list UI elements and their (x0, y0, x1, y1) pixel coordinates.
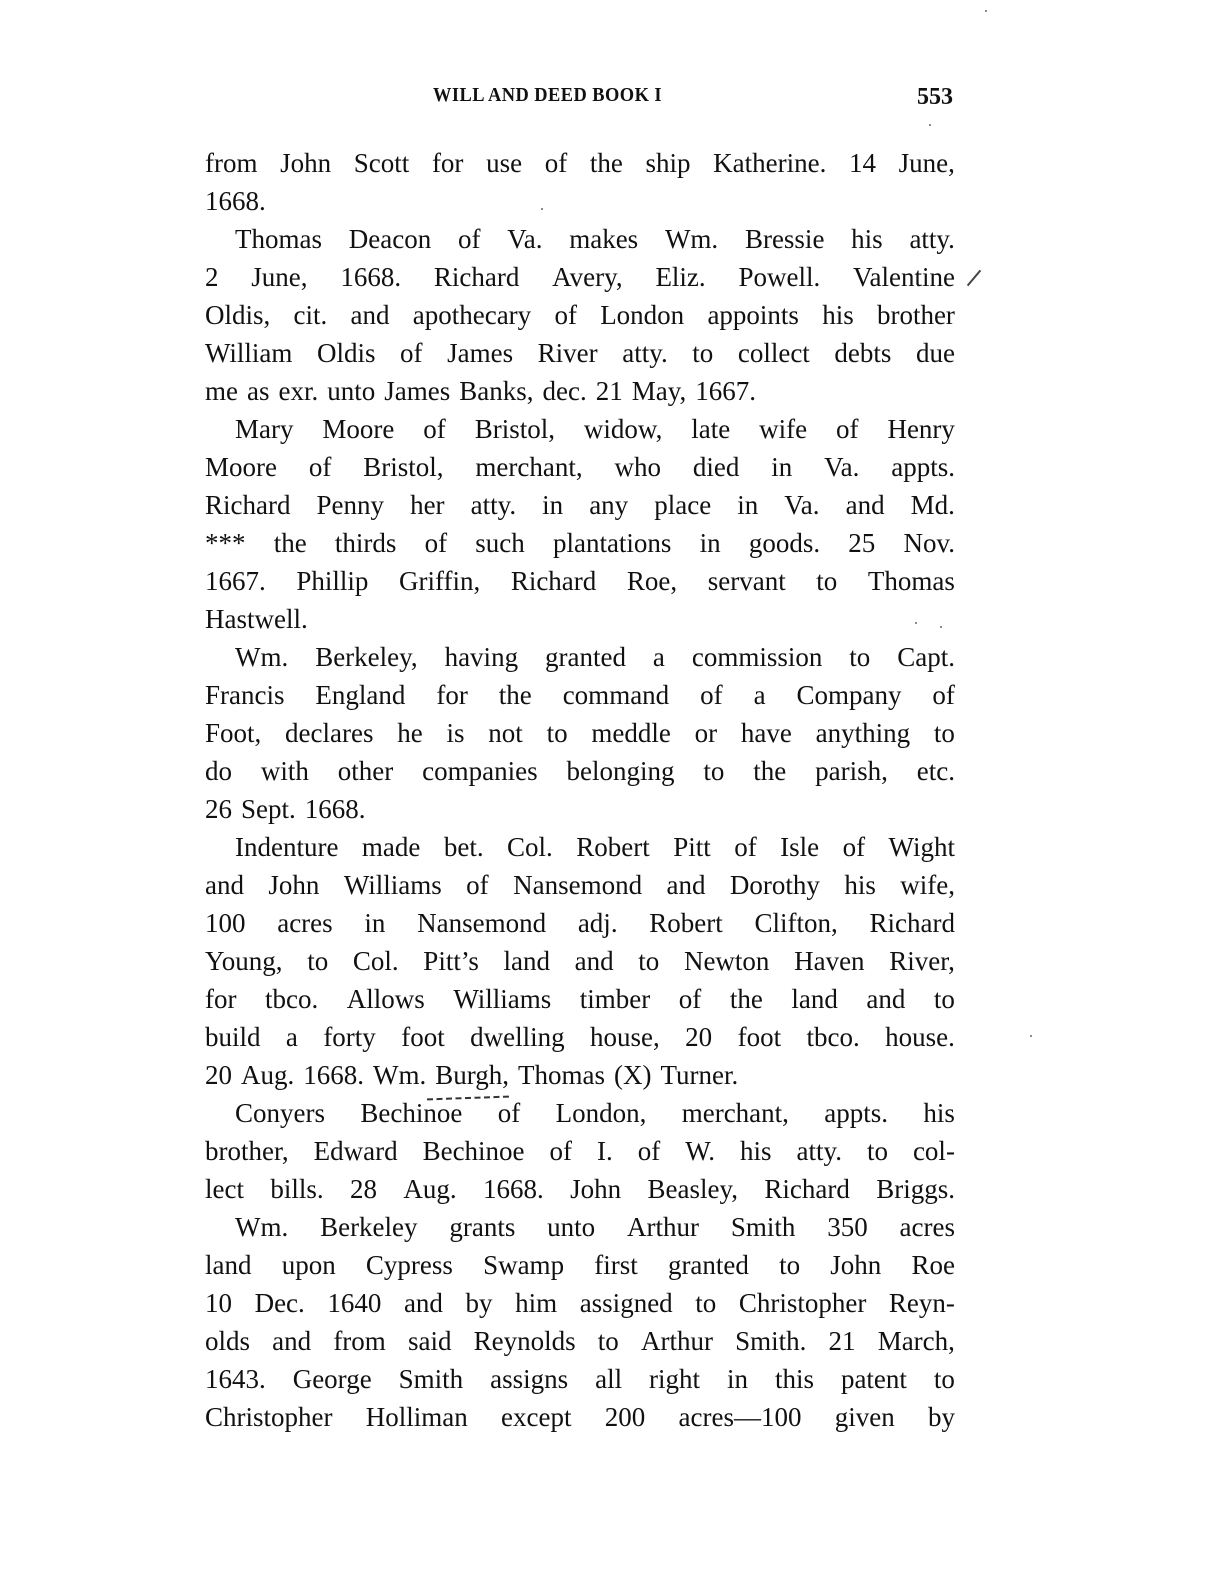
word: her (410, 486, 444, 524)
word: 100 (205, 904, 246, 942)
word: Va. (824, 448, 859, 486)
word: timber (580, 980, 650, 1018)
word: Pitt (673, 828, 711, 866)
word: I. (597, 1132, 613, 1170)
word: olds (205, 1322, 250, 1360)
word: 200 (605, 1398, 646, 1436)
word: and (351, 296, 390, 334)
word: do (205, 752, 232, 790)
word: of (554, 296, 577, 334)
word: Powell. (738, 258, 820, 296)
word: plantations (553, 524, 671, 562)
word: Bechinoe (360, 1094, 462, 1132)
word: Williams (344, 866, 442, 904)
text-line: 1667.PhillipGriffin,RichardRoe,servantto… (205, 562, 955, 600)
word: foot (401, 1018, 445, 1056)
word: Edward (314, 1132, 398, 1170)
word: place (654, 486, 711, 524)
word: assigned (580, 1284, 673, 1322)
word: Moore (205, 448, 277, 486)
word: Beasley, (648, 1170, 738, 1208)
word: of (843, 828, 866, 866)
word: is (447, 714, 465, 752)
word: Oldis (317, 334, 376, 372)
word: his (740, 1132, 772, 1170)
text-line: Wm.BerkeleygrantsuntoArthurSmith350acres (205, 1208, 955, 1246)
word: Wm. (235, 1208, 288, 1246)
word: anything (816, 714, 911, 752)
word: not (488, 714, 523, 752)
document-page: WILL AND DEED BOOK I 553 fromJohnScottfo… (0, 0, 1224, 1584)
text-line: andJohnWilliamsofNansemondandDorothyhisw… (205, 866, 955, 904)
word: for (436, 676, 467, 714)
word: of (400, 334, 423, 372)
word: Nansemond (513, 866, 642, 904)
word: adj. (578, 904, 618, 942)
scan-speck (985, 10, 987, 12)
word: brother (877, 296, 955, 334)
word: Berkeley, (315, 638, 417, 676)
word: wife (759, 410, 807, 448)
text-line: ConyersBechinoeofLondon,merchant,appts.h… (205, 1094, 955, 1132)
word: to (638, 942, 659, 980)
word: any (589, 486, 628, 524)
word: for (205, 980, 236, 1018)
word: atty. (471, 486, 516, 524)
word: of (545, 144, 568, 182)
word: W. (685, 1132, 715, 1170)
word: Va. (507, 220, 542, 258)
word: from (333, 1322, 385, 1360)
word: Phillip (296, 562, 368, 600)
word: Swamp (483, 1246, 564, 1284)
word: build (205, 1018, 261, 1056)
word: Pitt’s (423, 942, 479, 980)
word: (X) (614, 1056, 651, 1094)
word: Avery, (552, 258, 622, 296)
word: his (923, 1094, 955, 1132)
word: Wm. (235, 638, 288, 676)
text-line: FrancisEnglandforthecommandofaCompanyof (205, 676, 955, 714)
word: Banks, (459, 372, 533, 410)
word: John (268, 866, 319, 904)
word: Griffin, (399, 562, 480, 600)
word: Wm. (373, 1056, 426, 1094)
word: his (822, 296, 854, 334)
word: dec. (543, 372, 587, 410)
text-line: measexr.untoJamesBanks,dec.21May,1667. (205, 372, 955, 410)
word: due (916, 334, 955, 372)
word: dwelling (470, 1018, 565, 1056)
word: Robert (576, 828, 650, 866)
word: to (695, 1284, 716, 1322)
word: Wm. (665, 220, 718, 258)
word: who (614, 448, 661, 486)
pencil-mark (967, 270, 981, 287)
word: Richard (870, 904, 955, 942)
text-line: MaryMooreofBristol,widow,latewifeofHenry (205, 410, 955, 448)
word: as (247, 372, 270, 410)
word: of (932, 676, 955, 714)
word: me (205, 372, 238, 410)
word: and (205, 866, 244, 904)
word: 28 (350, 1170, 377, 1208)
text-line: Indenturemadebet.Col.RobertPittofIsleofW… (205, 828, 955, 866)
word: companies (422, 752, 537, 790)
word: etc. (917, 752, 955, 790)
text-line: 100acresinNansemondadj.RobertClifton,Ric… (205, 904, 955, 942)
word: Col. (507, 828, 553, 866)
word: atty. (796, 1132, 841, 1170)
word: the (730, 980, 763, 1018)
word: Wight (889, 828, 955, 866)
text-line: fortbco.AllowsWilliamstimberofthelandand… (205, 980, 955, 1018)
word: 1668. (305, 790, 366, 828)
word: patent (841, 1360, 907, 1398)
word: of (638, 1132, 661, 1170)
word: Young, (205, 942, 283, 980)
word: the (274, 524, 307, 562)
word: Turner. (661, 1056, 739, 1094)
word: land (205, 1246, 252, 1284)
text-line: Young,toCol.Pitt’slandandtoNewtonHavenRi… (205, 942, 955, 980)
word: Scott (354, 144, 410, 182)
word: exr. (279, 372, 319, 410)
text-line: 20Aug.1668.Wm.Burgh,Thomas(X)Turner. (205, 1056, 955, 1094)
word: Holliman (366, 1398, 468, 1436)
word: servant (708, 562, 786, 600)
word: Newton (684, 942, 769, 980)
word: James (447, 334, 513, 372)
word: 26 (205, 790, 232, 828)
word: all (595, 1360, 622, 1398)
word: apothecary (413, 296, 531, 334)
word: 10 (205, 1284, 232, 1322)
word: belonging (566, 752, 674, 790)
word: 2 (205, 258, 219, 296)
word: 1668. (303, 1056, 364, 1094)
word: Williams (453, 980, 551, 1018)
word: Robert (649, 904, 723, 942)
word: Berkeley (320, 1208, 417, 1246)
word: having (445, 638, 519, 676)
text-line: brother,EdwardBechinoeofI.ofW.hisatty.to… (205, 1132, 955, 1170)
running-head: WILL AND DEED BOOK I 553 (205, 84, 955, 114)
word: Thomas (868, 562, 955, 600)
word: March, (878, 1322, 955, 1360)
word: Va. (784, 486, 819, 524)
word: William (205, 334, 292, 372)
text-line: 2June,1668.RichardAvery,Eliz.Powell.Vale… (205, 258, 955, 296)
word: given (835, 1398, 895, 1436)
word: 1667. (205, 562, 266, 600)
word: died (693, 448, 740, 486)
word: upon (282, 1246, 336, 1284)
word: a (754, 676, 766, 714)
word: Reynolds (474, 1322, 576, 1360)
word: declares (285, 714, 373, 752)
word: merchant, (682, 1094, 789, 1132)
word: May, (632, 372, 687, 410)
word: to (547, 714, 568, 752)
word: Bristol, (363, 448, 443, 486)
word: Isle (780, 828, 819, 866)
word: parish, (815, 752, 888, 790)
word: 21 (829, 1322, 856, 1360)
word: tbco. (806, 1018, 859, 1056)
word: 20 (205, 1056, 232, 1094)
word: acres—100 (679, 1398, 802, 1436)
scan-speck (929, 124, 931, 126)
word: in (727, 1360, 748, 1398)
word: Briggs. (876, 1170, 955, 1208)
word: a (653, 638, 665, 676)
word: meddle (591, 714, 670, 752)
word: Indenture (235, 828, 338, 866)
word: Katherine. (713, 144, 826, 182)
word: bet. (444, 828, 484, 866)
word: of (498, 1094, 521, 1132)
word: for (432, 144, 463, 182)
word: first (594, 1246, 638, 1284)
word: Roe, (627, 562, 677, 600)
word: foot (738, 1018, 782, 1056)
word: of (734, 828, 757, 866)
word: London, (556, 1094, 647, 1132)
word: Bressie (745, 220, 824, 258)
word: Francis (205, 676, 284, 714)
word: Conyers (235, 1094, 325, 1132)
word: Eliz. (655, 258, 705, 296)
word: or (695, 714, 718, 752)
word: land (791, 980, 838, 1018)
text-line: Oldis,cit.andapothecaryofLondonappointsh… (205, 296, 955, 334)
word: June, (251, 258, 307, 296)
word: 1667. (695, 372, 756, 410)
word: atty. (622, 334, 667, 372)
word: Aug. (403, 1170, 456, 1208)
word: use (486, 144, 522, 182)
word: Allows (347, 980, 425, 1018)
word: appoints (707, 296, 799, 334)
word: Company (796, 676, 901, 714)
word: his (851, 220, 883, 258)
word: Smith (399, 1360, 464, 1398)
word: Haven (794, 942, 864, 980)
word: Arthur (627, 1208, 699, 1246)
text-line: ***thethirdsofsuchplantationsingoods.25N… (205, 524, 955, 562)
word: John (280, 144, 331, 182)
word: brother, (205, 1132, 289, 1170)
text-line: landuponCypressSwampfirstgrantedtoJohnRo… (205, 1246, 955, 1284)
word: in (737, 486, 758, 524)
word: and (846, 486, 885, 524)
word: Smith. (735, 1322, 806, 1360)
word: house, (590, 1018, 660, 1056)
text-line: ThomasDeaconofVa.makesWm.Bressiehisatty. (205, 220, 955, 258)
word: made (362, 828, 420, 866)
word: to (598, 1322, 619, 1360)
word: 1668. (205, 182, 266, 220)
text-line: buildafortyfootdwellinghouse,20foottbco.… (205, 1018, 955, 1056)
word: Nansemond (417, 904, 546, 942)
word: Burgh, (435, 1056, 509, 1094)
word: to (849, 638, 870, 676)
word: goods. (749, 524, 820, 562)
word: Capt. (897, 638, 955, 676)
text-line: lectbills.28Aug.1668.JohnBeasley,Richard… (205, 1170, 955, 1208)
word: Deacon (349, 220, 431, 258)
word: Richard (434, 258, 519, 296)
word: of (466, 866, 489, 904)
word: the (590, 144, 623, 182)
word: Christopher (739, 1284, 867, 1322)
word: cit. (294, 296, 328, 334)
word: except (501, 1398, 571, 1436)
word: 1640 (327, 1284, 381, 1322)
word: to (934, 980, 955, 1018)
word: bills. (270, 1170, 323, 1208)
word: unto (547, 1208, 595, 1246)
word: Richard (205, 486, 290, 524)
word: Oldis, (205, 296, 270, 334)
word: of (425, 524, 448, 562)
word: late (691, 410, 730, 448)
word: Dorothy (730, 866, 820, 904)
word: forty (323, 1018, 375, 1056)
word: Thomas (518, 1056, 605, 1094)
word: in (364, 904, 385, 942)
word: land (503, 942, 550, 980)
word: makes (569, 220, 638, 258)
word: 21 (596, 372, 623, 410)
word: command (563, 676, 669, 714)
word: Thomas (235, 220, 322, 258)
word: of (836, 410, 859, 448)
word: Valentine (853, 258, 955, 296)
word: assigns (490, 1360, 568, 1398)
word: to (692, 334, 713, 372)
word: 350 (827, 1208, 868, 1246)
word: granted (668, 1246, 749, 1284)
word: other (338, 752, 393, 790)
word: atty. (909, 220, 954, 258)
word: Arthur (641, 1322, 713, 1360)
text-line: Wm.Berkeley,havinggrantedacommissiontoCa… (205, 638, 955, 676)
word: acres (277, 904, 332, 942)
word: in (771, 448, 792, 486)
word: Hastwell. (205, 600, 308, 638)
word: and (667, 866, 706, 904)
word: tbco. (265, 980, 318, 1018)
word: Aug. (241, 1056, 294, 1094)
word: Clifton, (755, 904, 838, 942)
word: England (315, 676, 405, 714)
word: 1668. (483, 1170, 544, 1208)
body-text: fromJohnScottforuseoftheshipKatherine.14… (205, 144, 955, 1436)
word: George (293, 1360, 372, 1398)
word: Richard (511, 562, 596, 600)
word: to (703, 752, 724, 790)
word: collect (738, 334, 810, 372)
word: Reyn- (889, 1284, 955, 1322)
text-line: dowithothercompaniesbelongingtotheparish… (205, 752, 955, 790)
word: to (779, 1246, 800, 1284)
text-line: oldsandfromsaidReynoldstoArthurSmith.21M… (205, 1322, 955, 1360)
word: he (397, 714, 422, 752)
word: Christopher (205, 1398, 333, 1436)
word: of (309, 448, 332, 486)
word: John (830, 1246, 881, 1284)
word: River (538, 334, 598, 372)
word: this (775, 1360, 814, 1398)
word: in (542, 486, 563, 524)
word: lect (205, 1170, 244, 1208)
word: of (550, 1132, 573, 1170)
word: ship (645, 144, 690, 182)
text-line: Foot,declaresheisnottomeddleorhaveanythi… (205, 714, 955, 752)
word: col- (913, 1132, 955, 1170)
text-line: RichardPennyheratty.inanyplaceinVa.andMd… (205, 486, 955, 524)
word: wife, (900, 866, 955, 904)
word: merchant, (475, 448, 582, 486)
word: Penny (317, 486, 385, 524)
text-line: WilliamOldisofJamesRiveratty.tocollectde… (205, 334, 955, 372)
word: his (844, 866, 876, 904)
word: said (408, 1322, 452, 1360)
text-line: 1668. (205, 182, 955, 220)
word: Col. (353, 942, 399, 980)
word: with (261, 752, 309, 790)
word: have (741, 714, 792, 752)
word: to (307, 942, 328, 980)
word: to (867, 1132, 888, 1170)
word: the (499, 676, 532, 714)
word: by (466, 1284, 493, 1322)
word: Roe (912, 1246, 956, 1284)
word: appts. (824, 1094, 888, 1132)
word: Cypress (366, 1246, 453, 1284)
word: by (928, 1398, 955, 1436)
word: the (753, 752, 786, 790)
word: Mary (235, 410, 293, 448)
word: Sept. (241, 790, 296, 828)
word: of (458, 220, 481, 258)
word: widow, (584, 410, 663, 448)
word: Smith (731, 1208, 796, 1246)
word: of (679, 980, 702, 1018)
word: John (570, 1170, 621, 1208)
word: Md. (911, 486, 955, 524)
word: and (404, 1284, 443, 1322)
word: *** (205, 524, 246, 562)
scan-speck (1030, 1035, 1032, 1037)
word: granted (545, 638, 626, 676)
word: James (384, 372, 450, 410)
word: 25 (848, 524, 875, 562)
word: Richard (764, 1170, 849, 1208)
text-line: fromJohnScottforuseoftheshipKatherine.14… (205, 144, 955, 182)
text-line: MooreofBristol,merchant,whodiedinVa.appt… (205, 448, 955, 486)
word: and (575, 942, 614, 980)
page-number: 553 (917, 84, 953, 111)
word: and (272, 1322, 311, 1360)
word: grants (449, 1208, 515, 1246)
word: 1668. (340, 258, 401, 296)
word: a (286, 1018, 298, 1056)
text-line: 1643.GeorgeSmithassignsallrightinthispat… (205, 1360, 955, 1398)
word: of (700, 676, 723, 714)
